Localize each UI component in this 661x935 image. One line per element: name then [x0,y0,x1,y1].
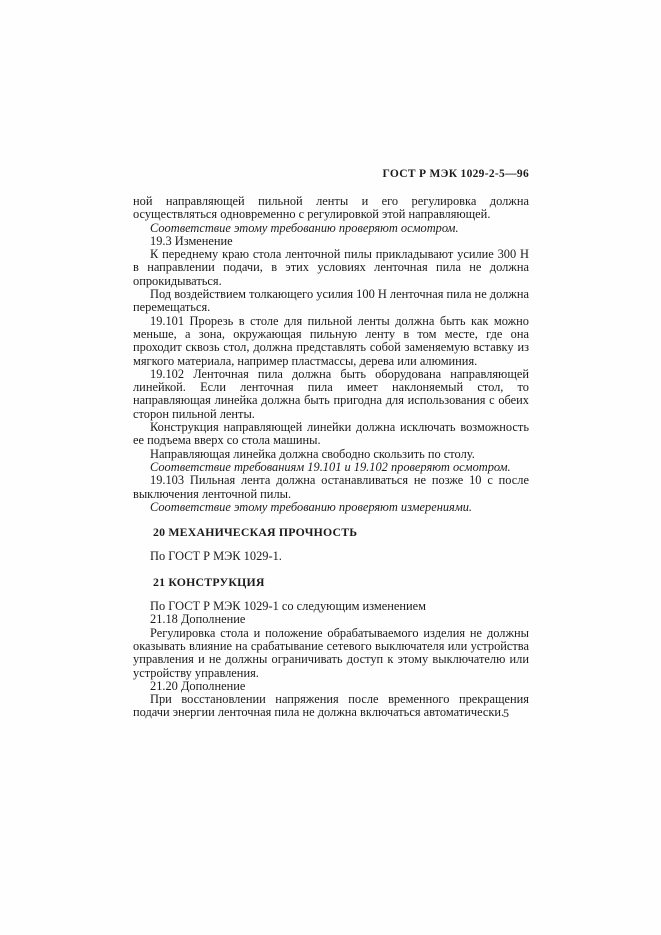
section-heading: 21 КОНСТРУКЦИЯ [133,576,529,589]
paragraph: 19.103 Пильная лента должна останавливат… [133,474,529,501]
paragraph: К переднему краю стола ленточной пилы пр… [133,248,529,288]
paragraph: 19.101 Прорезь в столе для пильной ленты… [133,315,529,368]
document-page: ГОСТ Р МЭК 1029-2-5—96 ной направляющей … [0,0,661,935]
paragraph: По ГОСТ Р МЭК 1029-1 со следующим измене… [133,600,529,613]
document-code-header: ГОСТ Р МЭК 1029-2-5—96 [133,168,529,180]
paragraph: Регулировка стола и положение обрабатыва… [133,627,529,680]
paragraph: 21.20 Дополнение [133,680,529,693]
compliance-note: Соответствие этому требованию проверяют … [133,501,529,514]
paragraph: Под воздействием толкающего усилия 100 Н… [133,288,529,315]
compliance-note: Соответствие требованиям 19.101 и 19.102… [133,461,529,474]
paragraph: При восстановлении напряжения после врем… [133,693,529,720]
section-heading: 20 МЕХАНИЧЕСКАЯ ПРОЧНОСТЬ [133,526,529,539]
paragraph: По ГОСТ Р МЭК 1029-1. [133,550,529,563]
paragraph-continuation: ной направляющей пильной ленты и его рег… [133,195,529,222]
text-column: ГОСТ Р МЭК 1029-2-5—96 ной направляющей … [133,168,529,720]
paragraph: 19.3 Изменение [133,235,529,248]
paragraph: 21.18 Дополнение [133,613,529,626]
paragraph: 19.102 Ленточная пила должна быть оборуд… [133,368,529,421]
compliance-note: Соответствие этому требованию проверяют … [133,222,529,235]
document-body: ной направляющей пильной ленты и его рег… [133,195,529,720]
page-number: 5 [503,706,509,721]
paragraph: Конструкция направляющей линейки должна … [133,421,529,448]
paragraph: Направляющая линейка должна свободно ско… [133,448,529,461]
